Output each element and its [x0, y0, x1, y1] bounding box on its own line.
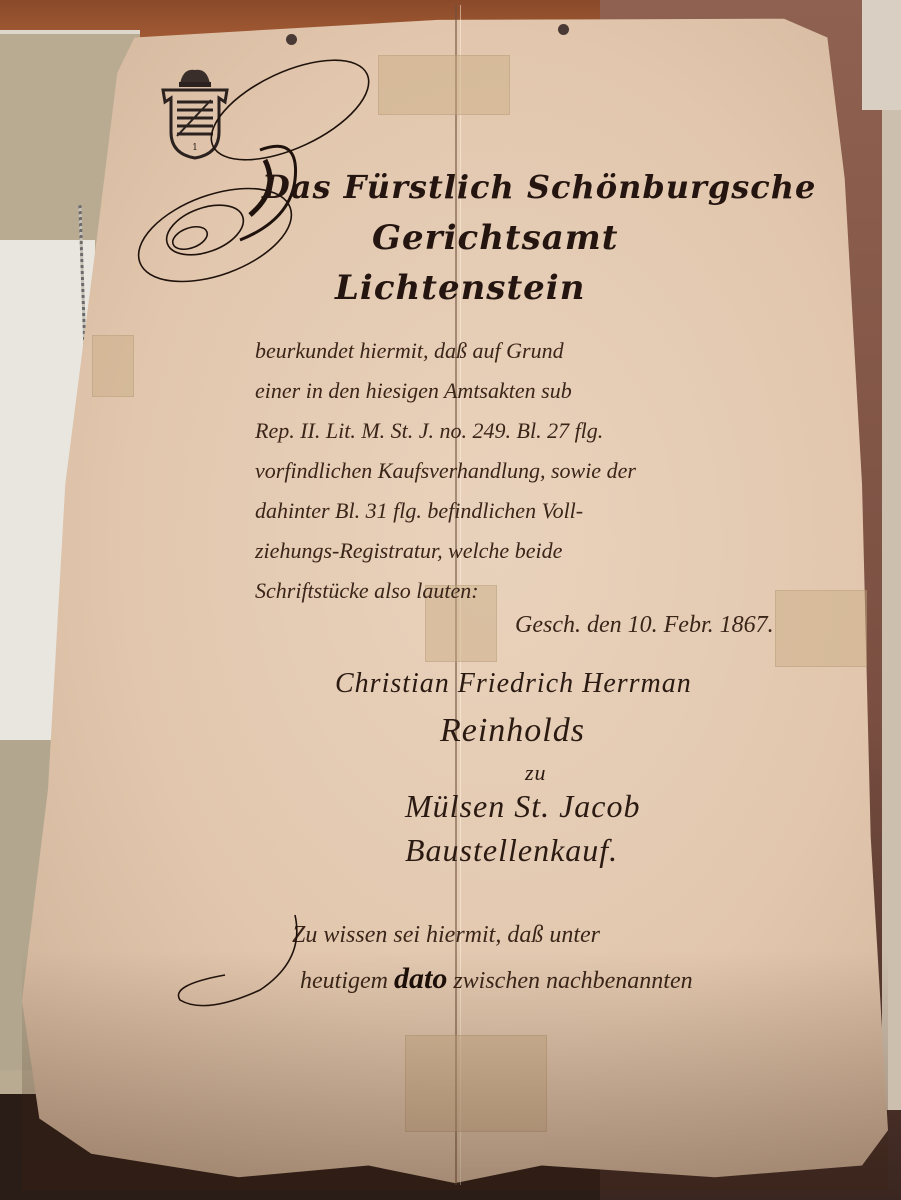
- heading-line-3-place: Lichtenstein: [335, 268, 585, 308]
- repair-tape-right: [775, 590, 867, 667]
- party-place: Mülsen St. Jacob: [405, 788, 641, 825]
- dateline: Gesch. den 10. Febr. 1867.: [515, 612, 774, 639]
- body-line: dahinter Bl. 31 flg. befindlichen Voll-: [255, 498, 583, 524]
- body-line: Rep. II. Lit. M. St. J. no. 249. Bl. 27 …: [255, 418, 603, 444]
- adjacent-sheet-top: [862, 0, 901, 110]
- body-line: Schriftstücke also lauten:: [255, 578, 479, 604]
- body-line: beurkundet hiermit, daß auf Grund: [255, 338, 564, 364]
- punch-hole-right-icon: [558, 24, 569, 35]
- party-preposition: zu: [525, 760, 547, 786]
- page-bottom-shadow: [22, 950, 888, 1190]
- repair-tape-left: [92, 335, 134, 397]
- body-line: vorfindlichen Kaufsverhandlung, sowie de…: [255, 458, 636, 484]
- party-name-line-2: Reinholds: [440, 712, 585, 750]
- body-line: einer in den hiesigen Amtsakten sub: [255, 378, 572, 404]
- heading-line-1: Das Fürstlich Schönburgsche: [262, 168, 816, 206]
- heading-line-2: Gerichtsamt: [372, 218, 618, 258]
- closing-line-1: Zu wissen sei hiermit, daß unter: [292, 922, 600, 949]
- body-line: ziehungs-Registratur, welche beide: [255, 538, 562, 564]
- party-name-line-1: Christian Friedrich Herrman: [335, 668, 692, 700]
- document-subject: Baustellenkauf.: [405, 832, 618, 869]
